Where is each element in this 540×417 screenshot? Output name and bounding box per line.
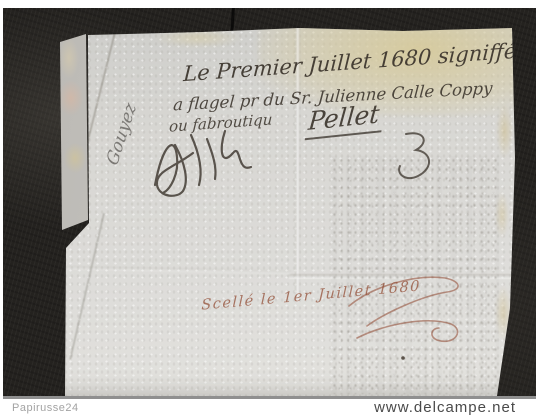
caption-bar: Papirusse24 www.delcampe.net — [0, 399, 540, 417]
margin-inscription: Gouyez — [103, 100, 141, 169]
horizontal-fold-crease-left — [65, 266, 291, 275]
listing-image: Gouyez Le Premier Juillet 1680 signiffée… — [0, 0, 540, 417]
seller-watermark: Papirusse24 — [12, 402, 79, 414]
photo-leather-background: Gouyez Le Premier Juillet 1680 signiffée… — [3, 8, 536, 396]
scratch-mark — [69, 213, 105, 360]
curl-flourish — [388, 128, 438, 183]
ink-dot — [401, 356, 405, 360]
signature-pellet: Pellet — [305, 99, 385, 141]
seal-flourish — [343, 268, 463, 363]
notary-paraph-flourish — [141, 123, 261, 208]
delcampe-watermark: www.delcampe.net — [374, 399, 516, 416]
tan-stain-small — [153, 28, 243, 48]
